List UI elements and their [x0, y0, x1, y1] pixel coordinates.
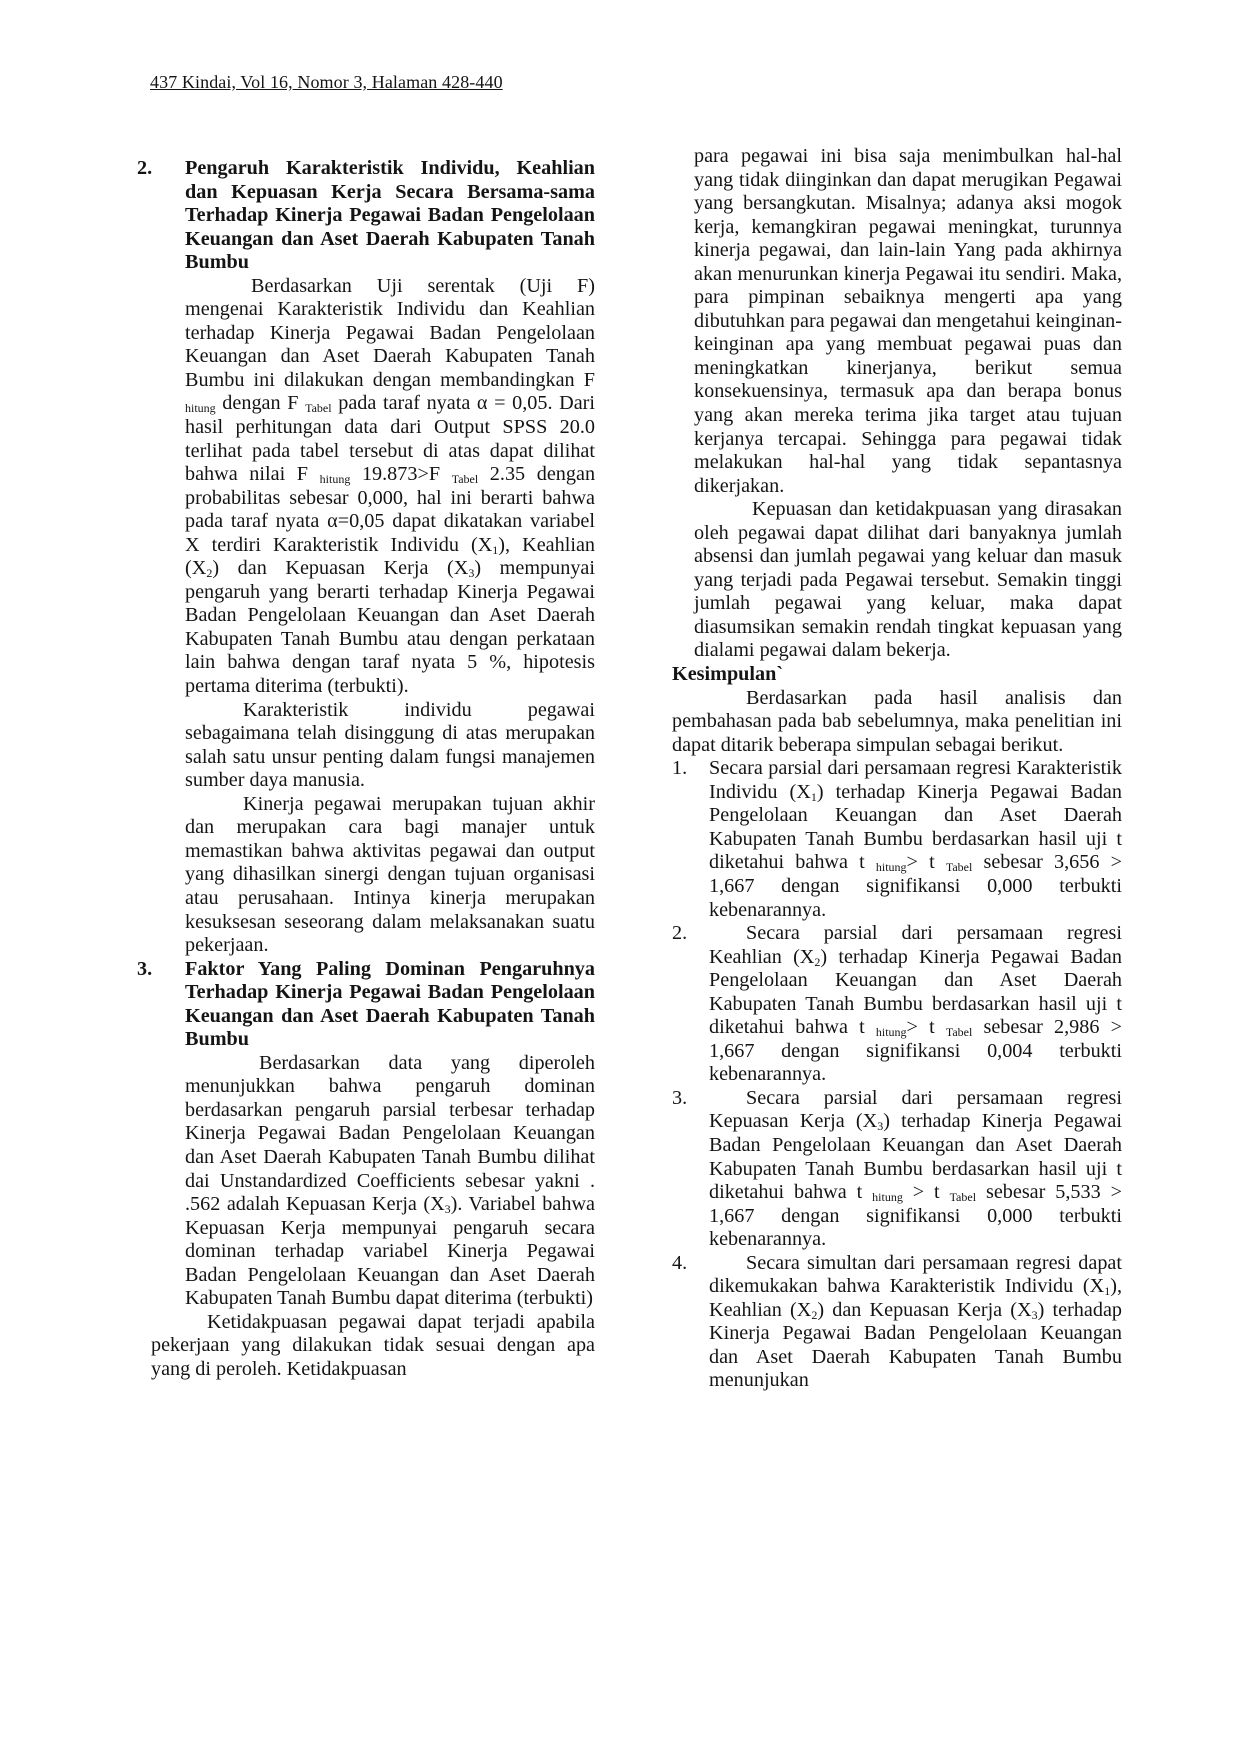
- list-item-text: Secara parsial dari persamaan regresi Ke…: [709, 1087, 1122, 1252]
- section-number: 3.: [137, 958, 185, 982]
- text: dengan F: [216, 392, 299, 414]
- paragraph: Kinerja pegawai merupakan tujuan akhir d…: [185, 793, 595, 958]
- kesimpulan-intro: Berdasarkan pada hasil analisis dan pemb…: [672, 687, 1122, 758]
- left-column: 2.Pengaruh Karakteristik Individu, Keahl…: [137, 157, 595, 1381]
- subscript: hitung: [872, 1190, 903, 1204]
- section-2: 2.Pengaruh Karakteristik Individu, Keahl…: [137, 157, 595, 958]
- paragraph: Karakteristik individu pegawai sebagaima…: [185, 699, 595, 793]
- list-number: 4.: [672, 1252, 687, 1276]
- list-item-text: Secara parsial dari persamaan regresi Ke…: [709, 922, 1122, 1087]
- right-column: para pegawai ini bisa saja menimbulkan h…: [672, 145, 1122, 1393]
- list-item-text: Secara parsial dari persamaan regresi Ka…: [709, 757, 1122, 922]
- text: > t: [907, 1016, 946, 1038]
- section-title: Faktor Yang Paling Dominan Pengaruhnya T…: [185, 958, 595, 1051]
- text: > t: [907, 851, 946, 873]
- list-item: 2. Secara parsial dari persamaan regresi…: [672, 922, 1122, 1087]
- text: 19.873>F: [350, 463, 440, 485]
- subscript: hitung: [320, 472, 351, 486]
- section-title: Pengaruh Karakteristik Individu, Keahlia…: [185, 157, 595, 273]
- list-number: 3.: [672, 1087, 687, 1111]
- subscript: hitung: [185, 401, 216, 415]
- kesimpulan-heading: Kesimpulan`: [672, 663, 1122, 687]
- subscript: Tabel: [950, 1190, 976, 1204]
- subscript: hitung: [876, 1025, 907, 1039]
- paragraph: Berdasarkan Uji serentak (Uji F) mengena…: [185, 275, 595, 699]
- subscript: Tabel: [452, 472, 478, 486]
- text: ) dan Kepuasan Kerja (X: [817, 1299, 1031, 1321]
- list-item: 3. Secara parsial dari persamaan regresi…: [672, 1087, 1122, 1252]
- paragraph: Ketidakpuasan pegawai dapat terjadi apab…: [137, 1311, 595, 1382]
- subscript: Tabel: [946, 860, 972, 874]
- subscript: Tabel: [946, 1025, 972, 1039]
- paragraph: Berdasarkan data yang diperoleh menunjuk…: [185, 1052, 595, 1311]
- text: Berdasarkan data yang diperoleh menunjuk…: [185, 1052, 595, 1215]
- section-3-heading: 3.Faktor Yang Paling Dominan Pengaruhnya…: [137, 958, 595, 1052]
- paragraph: Kepuasan dan ketidakpuasan yang dirasaka…: [672, 498, 1122, 663]
- section-2-heading: 2.Pengaruh Karakteristik Individu, Keahl…: [137, 157, 595, 275]
- text: Berdasarkan Uji serentak (Uji F) mengena…: [185, 275, 595, 391]
- conclusion-list: 1. Secara parsial dari persamaan regresi…: [672, 757, 1122, 1393]
- section-3-body: Berdasarkan data yang diperoleh menunjuk…: [137, 1052, 595, 1311]
- section-number: 2.: [137, 157, 185, 181]
- list-number: 1.: [672, 757, 687, 781]
- subscript: Tabel: [305, 401, 331, 415]
- running-header: 437 Kindai, Vol 16, Nomor 3, Halaman 428…: [150, 72, 503, 93]
- list-item: 1. Secara parsial dari persamaan regresi…: [672, 757, 1122, 922]
- list-number: 2.: [672, 922, 687, 946]
- section-3: 3.Faktor Yang Paling Dominan Pengaruhnya…: [137, 958, 595, 1382]
- text: Secara simultan dari persamaan regresi d…: [709, 1252, 1122, 1298]
- text: > t: [903, 1181, 950, 1203]
- subscript: hitung: [876, 860, 907, 874]
- list-item-text: Secara simultan dari persamaan regresi d…: [709, 1252, 1122, 1393]
- paragraph: para pegawai ini bisa saja menimbulkan h…: [672, 145, 1122, 498]
- text: ) dan Kepuasan Kerja (X: [212, 557, 468, 579]
- section-2-body: Berdasarkan Uji serentak (Uji F) mengena…: [137, 275, 595, 958]
- list-item: 4. Secara simultan dari persamaan regres…: [672, 1252, 1122, 1393]
